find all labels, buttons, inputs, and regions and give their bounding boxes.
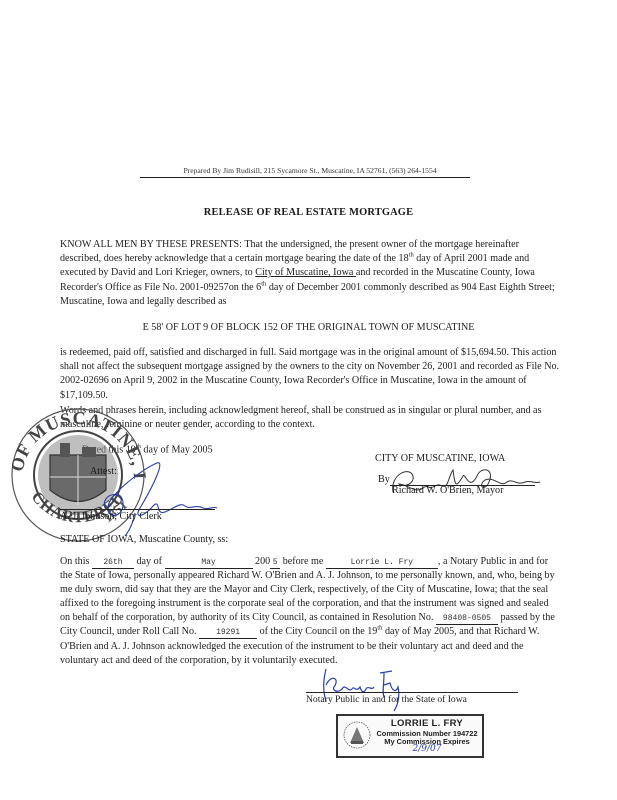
month-field[interactable]: May — [165, 558, 253, 569]
notary-signature-label: Notary Public in and for the State of Io… — [306, 694, 467, 705]
ack-text-before-me: before me — [280, 556, 326, 567]
paragraph-know-all-men: KNOW ALL MEN BY THESE PRESENTS: That the… — [60, 238, 560, 309]
mortgagee-name: City of Muscatine, Iowa — [255, 267, 356, 278]
resolution-number-field[interactable]: 98408-0505 — [436, 614, 498, 625]
clerk-signature-line — [60, 509, 215, 510]
notary-name-field[interactable]: Lorrie L. Fry — [326, 558, 438, 569]
ack-text-on-this: On this — [60, 556, 92, 567]
notary-signature-icon — [318, 665, 408, 713]
document-title: RELEASE OF REAL ESTATE MORTGAGE — [0, 207, 617, 218]
ack-text-3: of the City Council on the 19 — [257, 626, 377, 637]
notary-acknowledgment-paragraph: On this 26th day of May 2005 before me L… — [60, 555, 560, 668]
mayor-name: Richard W. O'Brien, Mayor — [392, 485, 503, 496]
stamp-notary-name: LORRIE L. FRY — [374, 718, 480, 729]
prepared-by-line: Prepared By Jim Rudisill, 215 Sycamore S… — [145, 166, 475, 175]
clerk-signature-icon — [95, 458, 225, 538]
ack-text-day-of: day of — [134, 556, 165, 567]
notary-stamp: LORRIE L. FRY Commission Number 194722 M… — [336, 714, 484, 758]
notary-seal-icon — [342, 719, 372, 751]
day-field[interactable]: 26th — [92, 558, 134, 569]
clerk-name: A. J. Johnson, City Clerk — [60, 511, 162, 522]
header-rule — [140, 177, 470, 178]
legal-description: E 58' OF LOT 9 OF BLOCK 152 OF THE ORIGI… — [0, 322, 617, 333]
notary-signature-line — [306, 692, 518, 693]
year-field[interactable]: 5 — [270, 558, 280, 569]
notary-venue: STATE OF IOWA, Muscatine County, ss: — [60, 534, 228, 545]
ack-text-year-prefix: 200 — [253, 556, 271, 567]
stamp-expires-date: 2/9/07 — [372, 744, 482, 754]
dated-text-b: day of May 2005 — [141, 444, 213, 455]
roll-call-number-field[interactable]: 19291 — [199, 628, 257, 639]
